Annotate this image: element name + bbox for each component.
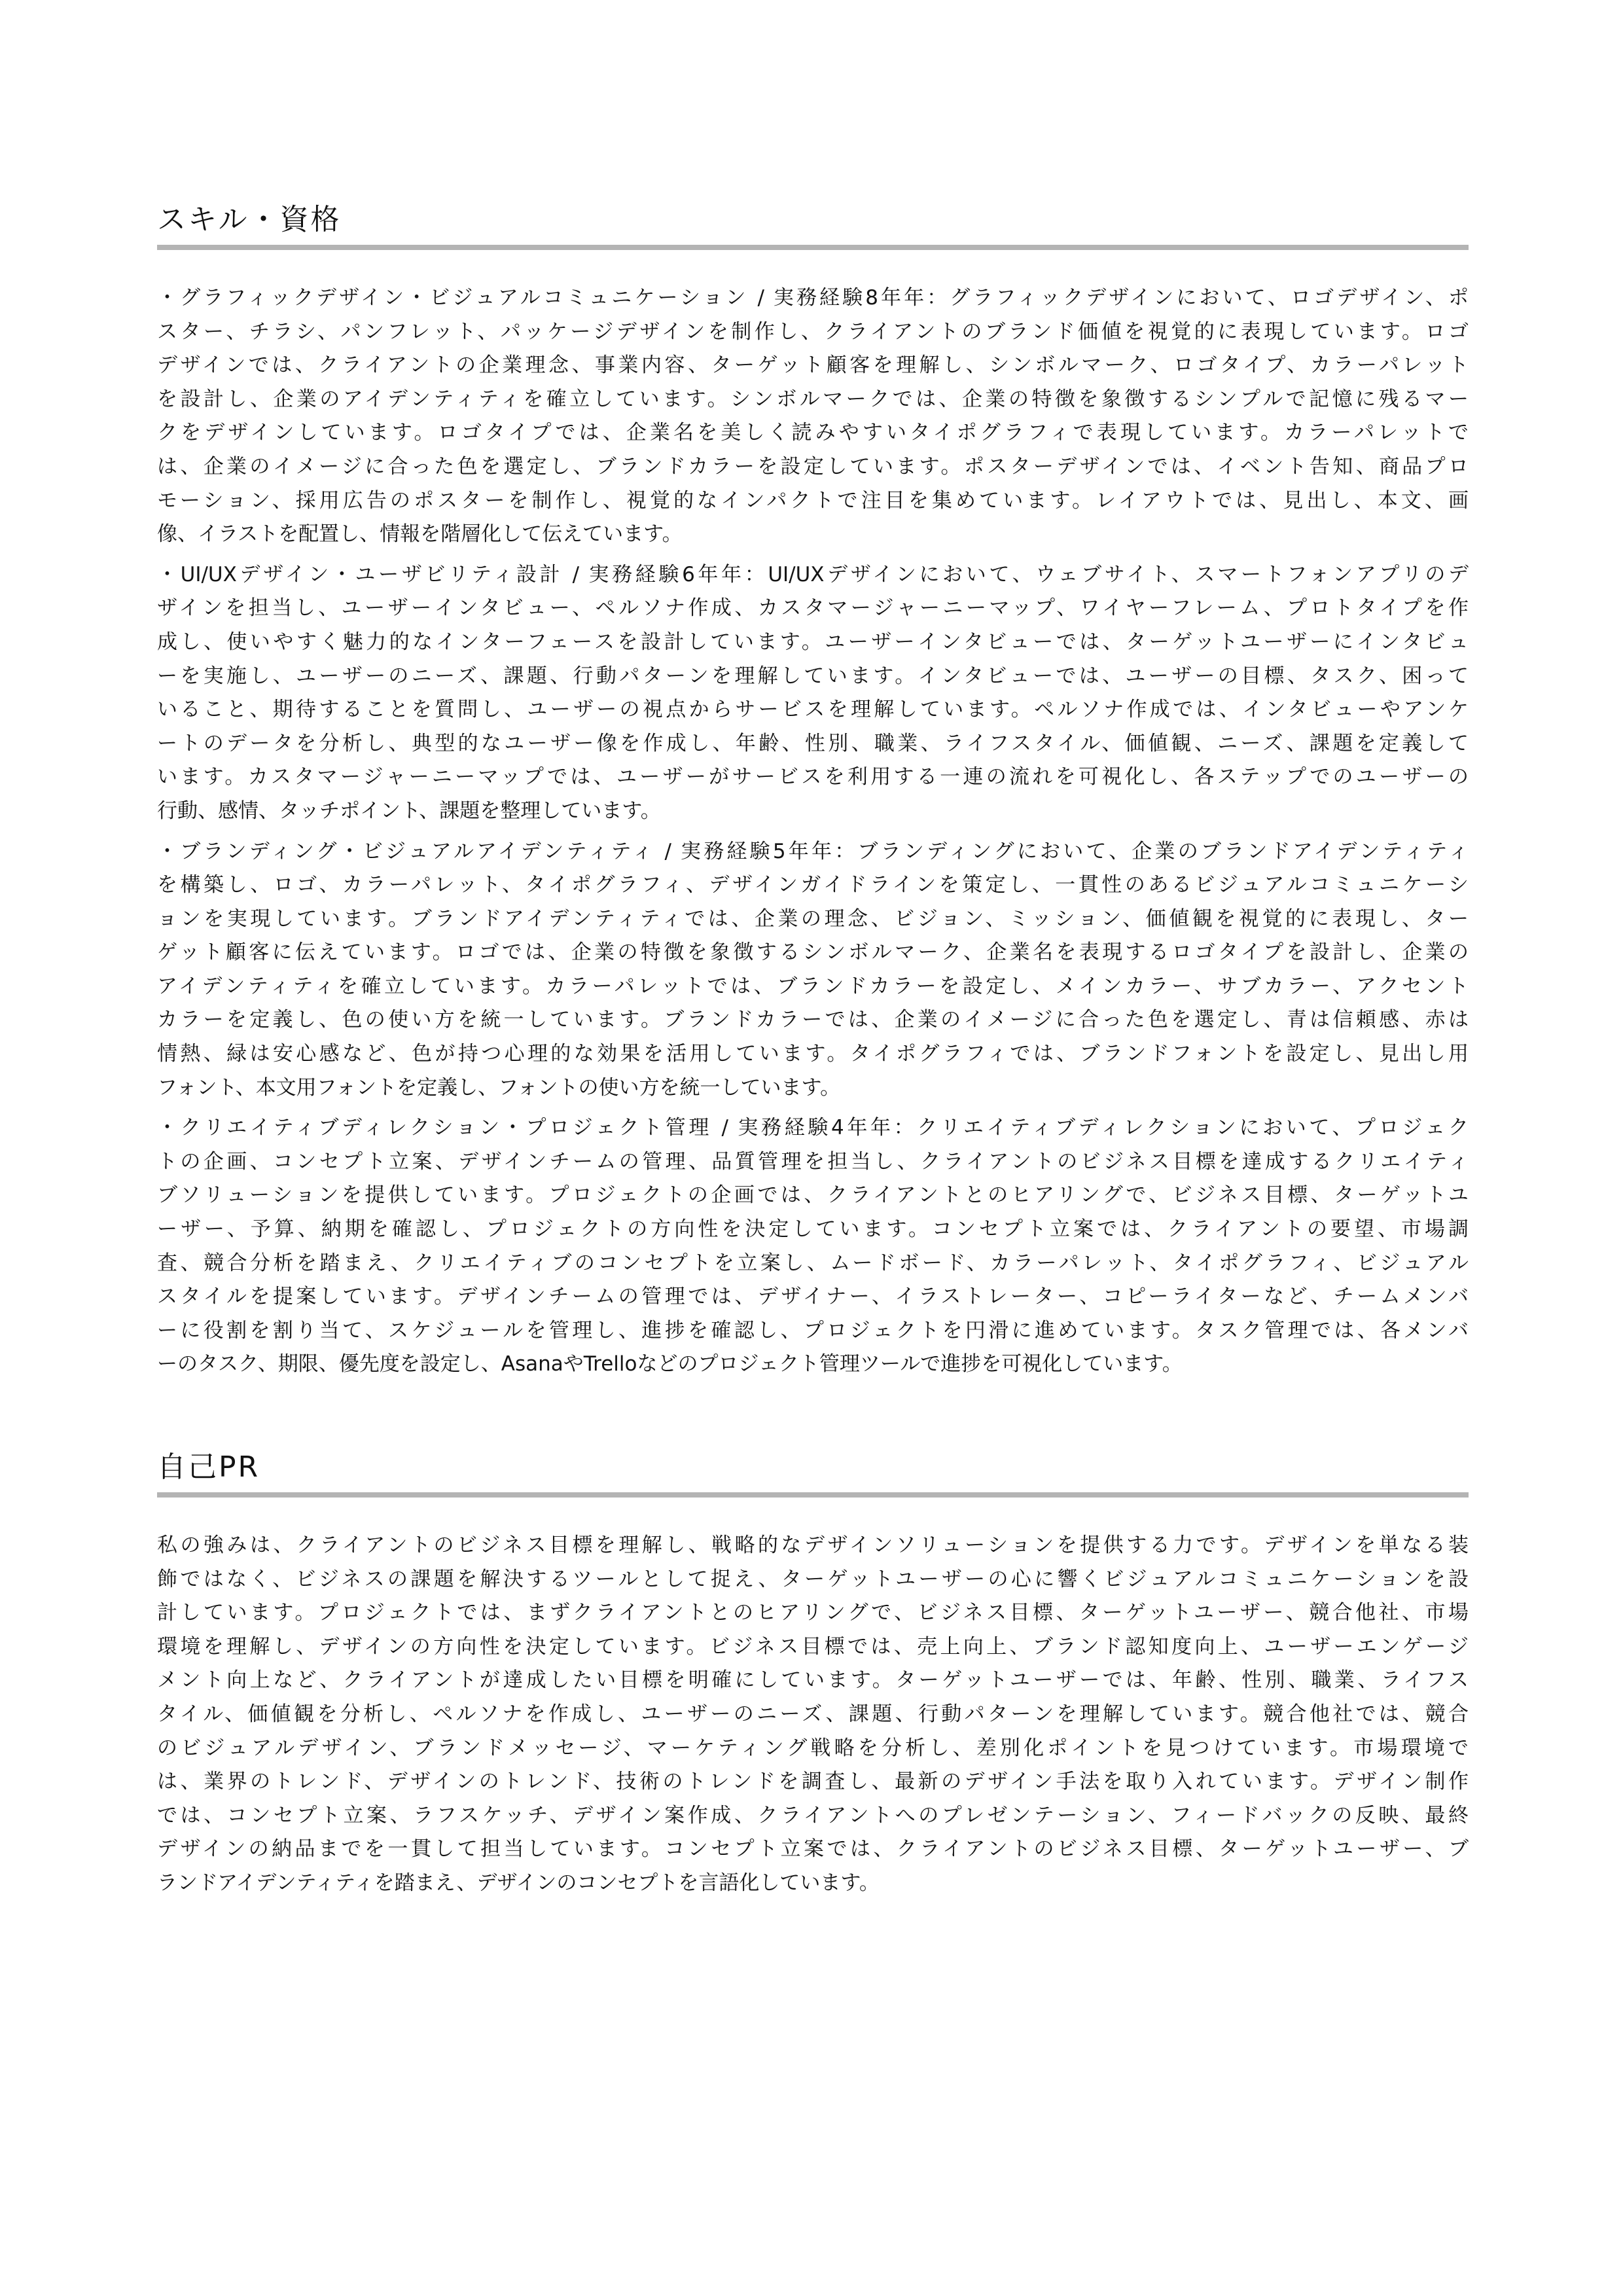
skill-item-uiux-design: ・UI/UXデザイン・ユーザビリティ設計 / 実務経験6年年：UI/UXデザイン…: [157, 558, 1469, 829]
text-line: のビジュアルデザイン、ブランドメッセージ、マーケティング戦略を分析し、差別化ポイ…: [157, 1732, 1469, 1766]
text-line: メント向上など、クライアントが達成したい目標を明確にしています。ターゲットユーザ…: [157, 1664, 1469, 1698]
text-line: います。カスタマージャーニーマップでは、ユーザーがサービスを利用する一連の流れを…: [157, 761, 1469, 795]
text-line: を構築し、ロゴ、カラーパレット、タイポグラフィ、デザインガイドラインを策定し、一…: [157, 869, 1469, 903]
text-line: ートのデータを分析し、典型的なユーザー像を作成し、年齢、性別、職業、ライフスタイ…: [157, 727, 1469, 761]
text-line: ・グラフィックデザイン・ビジュアルコミュニケーション / 実務経験8年年：グラフ…: [157, 281, 1469, 315]
section-title-self-pr: 自己PR: [157, 1449, 1469, 1486]
text-line: ーを実施し、ユーザーのニーズ、課題、行動パターンを理解しています。インタビューで…: [157, 660, 1469, 694]
text-line: デザインでは、クライアントの企業理念、事業内容、ターゲット顧客を理解し、シンボル…: [157, 349, 1469, 383]
text-line: スター、チラシ、パンフレット、パッケージデザインを制作し、クライアントのブランド…: [157, 315, 1469, 350]
text-line: クをデザインしています。ロゴタイプでは、企業名を美しく読みやすいタイポグラフィで…: [157, 416, 1469, 450]
text-line: 環境を理解し、デザインの方向性を決定しています。ビジネス目標では、売上向上、ブラ…: [157, 1630, 1469, 1664]
section-title-skills: スキル・資格: [157, 202, 1469, 238]
text-line: ブソリューションを提供しています。プロジェクトの企画では、クライアントとのヒアリ…: [157, 1179, 1469, 1213]
text-line: デザインの納品までを一貫して担当しています。コンセプト立案では、クライアントのビ…: [157, 1833, 1469, 1867]
section-divider: [157, 245, 1469, 250]
text-line: 行動、感情、タッチポイント、課題を整理しています。: [157, 795, 1469, 829]
text-line: トの企画、コンセプト立案、デザインチームの管理、品質管理を担当し、クライアントの…: [157, 1145, 1469, 1179]
text-line: ・ブランディング・ビジュアルアイデンティティ / 実務経験5年年：ブランディング…: [157, 835, 1469, 869]
text-line: 査、競合分析を踏まえ、クリエイティブのコンセプトを立案し、ムードボード、カラーパ…: [157, 1247, 1469, 1281]
text-line: 計しています。プロジェクトでは、まずクライアントとのヒアリングで、ビジネス目標、…: [157, 1596, 1469, 1630]
text-line: は、業界のトレンド、デザインのトレンド、技術のトレンドを調査し、最新のデザイン手…: [157, 1765, 1469, 1799]
text-line: ョンを実現しています。ブランドアイデンティティでは、企業の理念、ビジョン、ミッシ…: [157, 903, 1469, 937]
text-line: ーに役割を割り当て、スケジュールを管理し、進捗を確認し、プロジェクトを円滑に進め…: [157, 1314, 1469, 1348]
text-line: フォント、本文用フォントを定義し、フォントの使い方を統一しています。: [157, 1071, 1469, 1105]
text-line: を設計し、企業のアイデンティティを確立しています。シンボルマークでは、企業の特徴…: [157, 383, 1469, 417]
text-line: ゲット顧客に伝えています。ロゴでは、企業の特徴を象徴するシンボルマーク、企業名を…: [157, 936, 1469, 970]
text-line: ーのタスク、期限、優先度を設定し、AsanaやTrelloなどのプロジェクト管理…: [157, 1348, 1469, 1382]
text-line: ーザー、予算、納期を確認し、プロジェクトの方向性を決定しています。コンセプト立案…: [157, 1213, 1469, 1247]
text-line: 像、イラストを配置し、情報を階層化して伝えています。: [157, 518, 1469, 552]
text-line: ランドアイデンティティを踏まえ、デザインのコンセプトを言語化しています。: [157, 1867, 1469, 1901]
self-pr-body: 私の強みは、クライアントのビジネス目標を理解し、戦略的なデザインソリューションを…: [157, 1529, 1469, 1901]
text-line: 成し、使いやすく魅力的なインターフェースを設計しています。ユーザーインタビューで…: [157, 626, 1469, 660]
text-line: ザインを担当し、ユーザーインタビュー、ペルソナ作成、カスタマージャーニーマップ、…: [157, 592, 1469, 626]
section-divider: [157, 1492, 1469, 1498]
text-line: では、コンセプト立案、ラフスケッチ、デザイン案作成、クライアントへのプレゼンテー…: [157, 1799, 1469, 1833]
text-line: 私の強みは、クライアントのビジネス目標を理解し、戦略的なデザインソリューションを…: [157, 1529, 1469, 1563]
text-line: ・クリエイティブディレクション・プロジェクト管理 / 実務経験4年年：クリエイテ…: [157, 1111, 1469, 1145]
text-line: タイル、価値観を分析し、ペルソナを作成し、ユーザーのニーズ、課題、行動パターンを…: [157, 1698, 1469, 1732]
text-line: スタイルを提案しています。デザインチームの管理では、デザイナー、イラストレーター…: [157, 1280, 1469, 1314]
skills-section: スキル・資格 ・グラフィックデザイン・ビジュアルコミュニケーション / 実務経験…: [157, 202, 1469, 1388]
self-pr-paragraph: 私の強みは、クライアントのビジネス目標を理解し、戦略的なデザインソリューションを…: [157, 1529, 1469, 1901]
text-line: アイデンティティを確立しています。カラーパレットでは、ブランドカラーを設定し、メ…: [157, 970, 1469, 1004]
skills-body: ・グラフィックデザイン・ビジュアルコミュニケーション / 実務経験8年年：グラフ…: [157, 281, 1469, 1382]
text-line: モーション、採用広告のポスターを制作し、視覚的なインパクトで注目を集めています。…: [157, 484, 1469, 518]
text-line: いること、期待することを質問し、ユーザーの視点からサービスを理解しています。ペル…: [157, 693, 1469, 727]
self-pr-section: 自己PR 私の強みは、クライアントのビジネス目標を理解し、戦略的なデザインソリュ…: [157, 1449, 1469, 1907]
text-line: ・UI/UXデザイン・ユーザビリティ設計 / 実務経験6年年：UI/UXデザイン…: [157, 558, 1469, 592]
text-line: 情熱、緑は安心感など、色が持つ心理的な効果を活用しています。タイポグラフィでは、…: [157, 1037, 1469, 1071]
skill-item-branding: ・ブランディング・ビジュアルアイデンティティ / 実務経験5年年：ブランディング…: [157, 835, 1469, 1105]
text-line: カラーを定義し、色の使い方を統一しています。ブランドカラーでは、企業のイメージに…: [157, 1003, 1469, 1037]
text-line: は、企業のイメージに合った色を選定し、ブランドカラーを設定しています。ポスターデ…: [157, 450, 1469, 484]
skill-item-graphic-design: ・グラフィックデザイン・ビジュアルコミュニケーション / 実務経験8年年：グラフ…: [157, 281, 1469, 552]
skill-item-creative-direction: ・クリエイティブディレクション・プロジェクト管理 / 実務経験4年年：クリエイテ…: [157, 1111, 1469, 1382]
text-line: 飾ではなく、ビジネスの課題を解決するツールとして捉え、ターゲットユーザーの心に響…: [157, 1563, 1469, 1597]
